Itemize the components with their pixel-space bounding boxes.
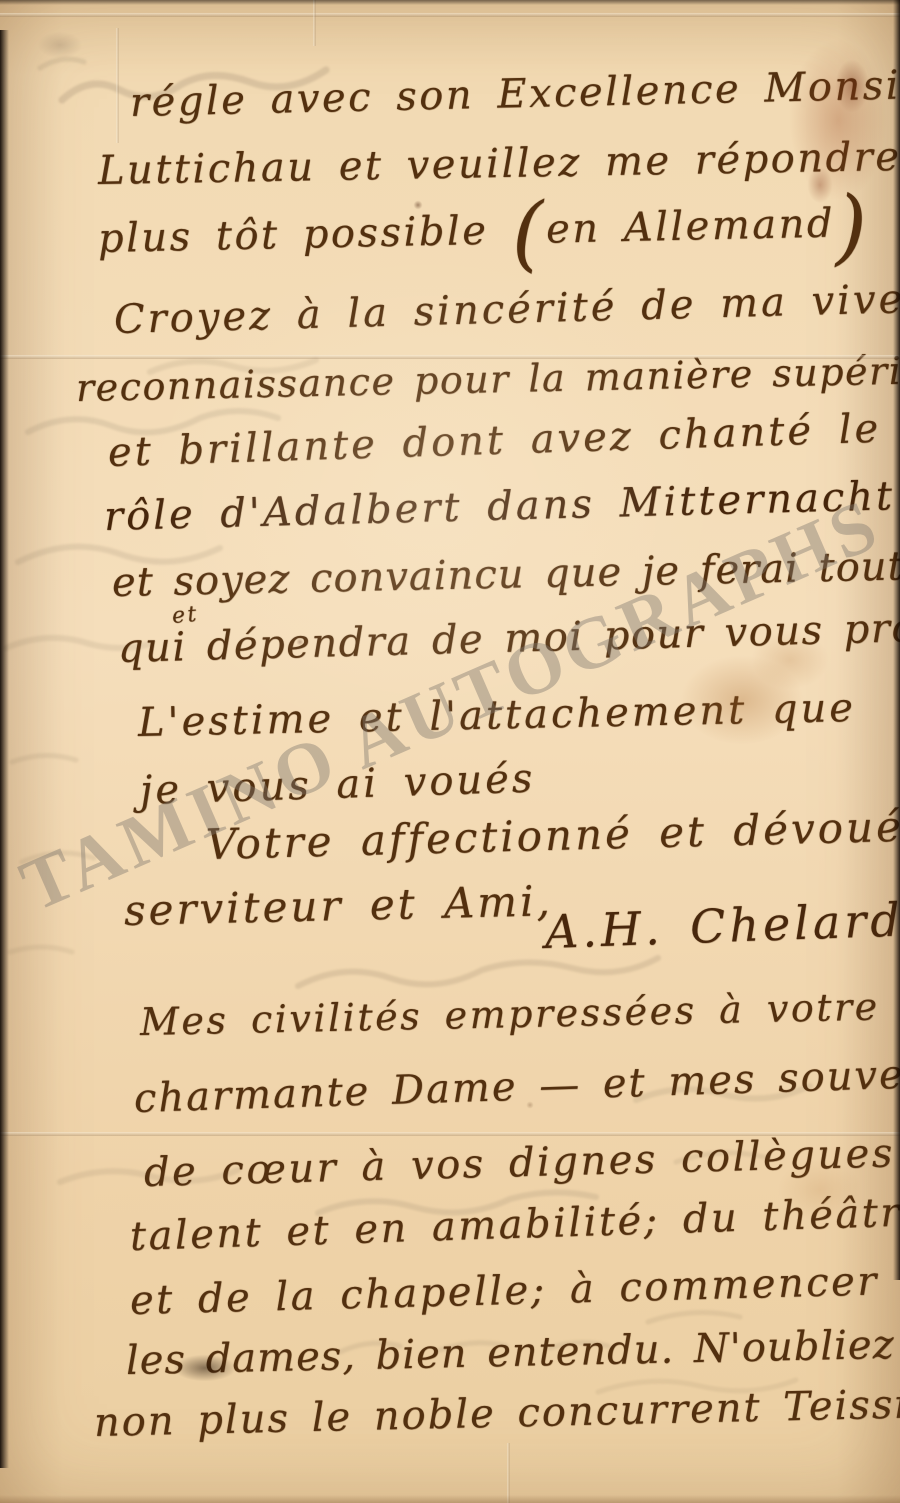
scan-edge-bottom [0,1495,900,1503]
letter-scan: régle avec son Excellence Monsieur de Lu… [0,0,900,1503]
scan-edge-left [0,30,9,1468]
scan-edge-right [893,0,900,1280]
scan-edge-top [0,0,900,5]
fold-crease-vertical-bottom [507,1443,510,1503]
fold-crease-upper [0,355,900,359]
interlinear-insertion: et [171,602,200,629]
fold-crease-vertical-left [116,28,119,143]
handwriting-line-13: serviteur et Ami, [123,876,553,935]
fold-crease-top [0,13,900,17]
fold-crease-lower [0,1132,900,1136]
fold-crease-vertical-top [313,0,316,46]
